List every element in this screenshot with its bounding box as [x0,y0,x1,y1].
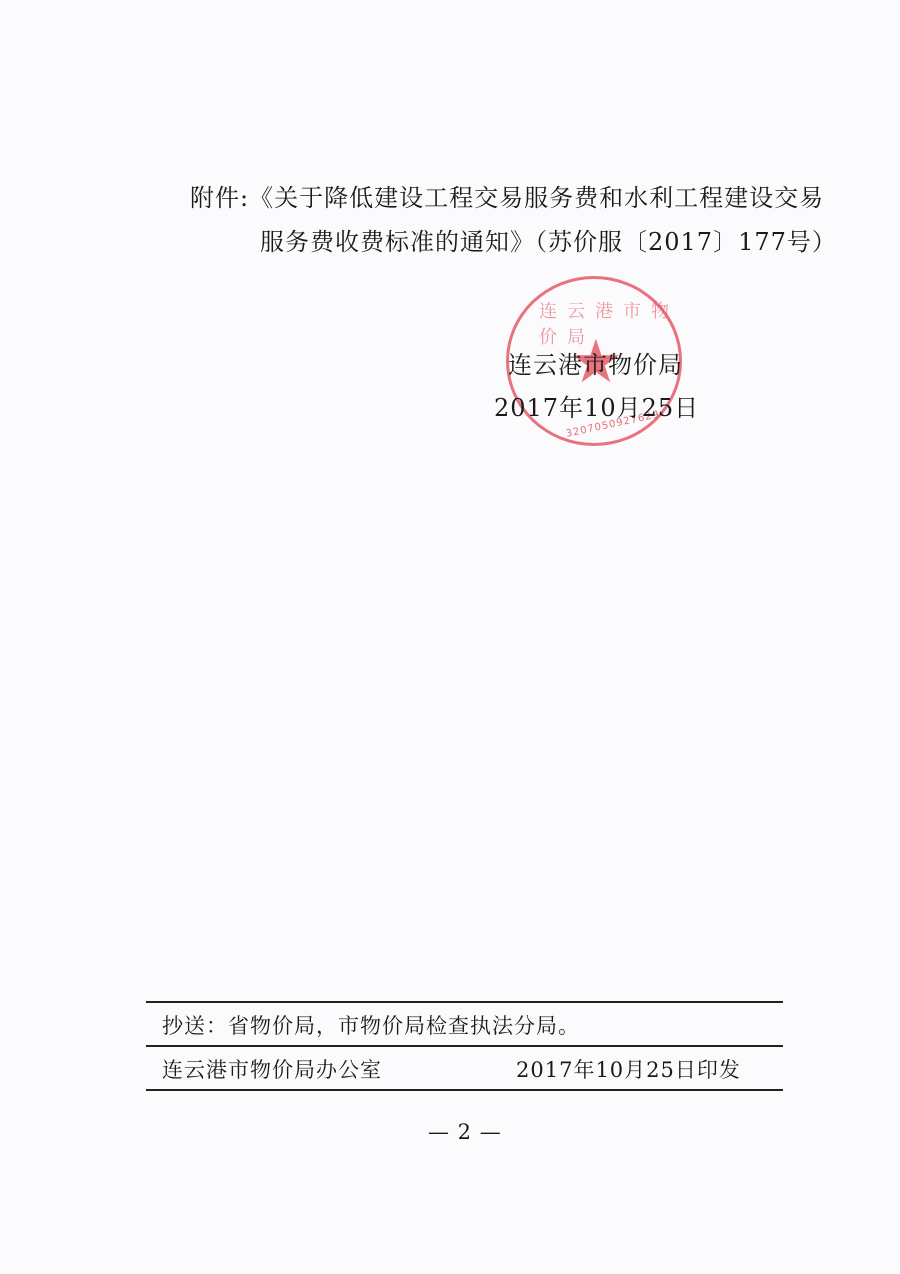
divider-middle [146,1045,783,1047]
divider-bottom [146,1089,783,1091]
issuing-office: 连云港市物价局办公室 [162,1054,382,1084]
page-number: — 2 — [428,1120,502,1144]
cc-line: 抄送：省物价局，市物价局检查执法分局。 [162,1010,580,1040]
signature-date: 2017年10月25日 [494,388,699,423]
issue-date: 2017年10月25日印发 [516,1054,741,1084]
signature-organization: 连云港市物价局 [508,345,683,380]
attachment-line-2: 服务费收费标准的通知》（苏价服〔2017〕177号） [260,222,837,257]
attachment-line-1: 附件:《关于降低建设工程交易服务费和水利工程建设交易 [190,178,824,213]
divider-top [146,1001,783,1003]
